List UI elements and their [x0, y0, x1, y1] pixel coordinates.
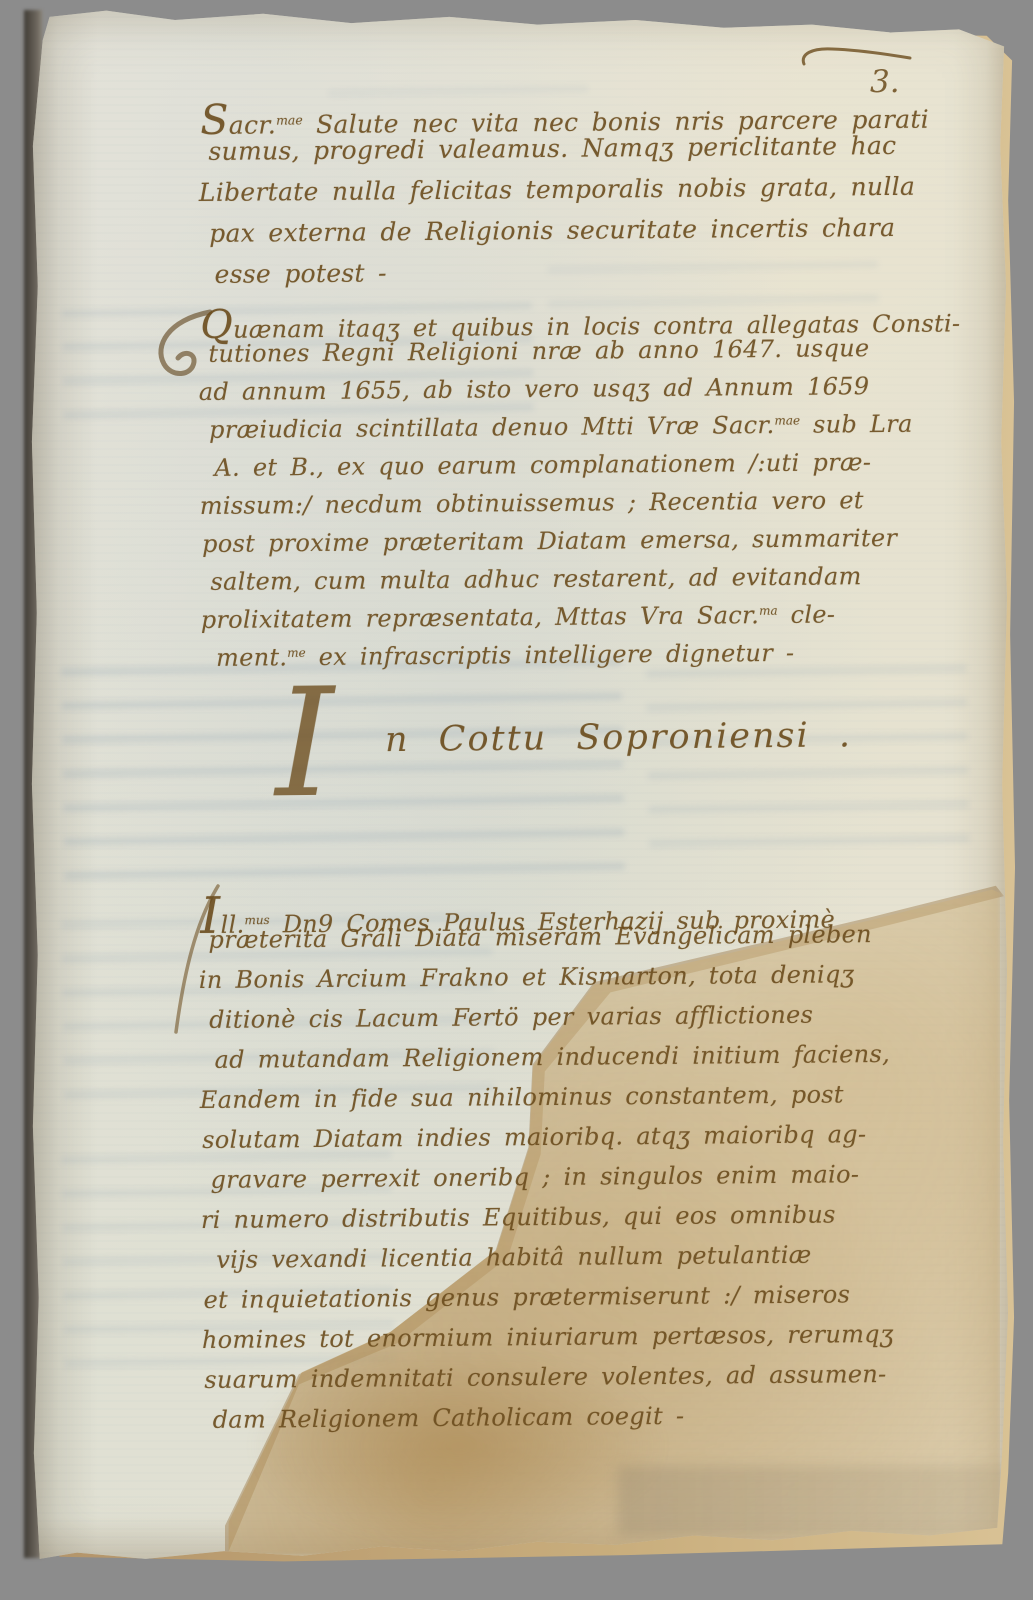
paragraph-1: Sacr.mae Salute nec vita nec bonis nris … — [200, 89, 982, 301]
manuscript-line: ditionè cis Lacum Fertö per varias affli… — [209, 999, 981, 1046]
heading-text: n Cottu Soproniensi . — [385, 715, 852, 760]
heading-initial: I — [274, 669, 337, 820]
water-stain-strip — [618, 1466, 1033, 1536]
manuscript-line: vijs vexandi licentia habitâ nullum petu… — [216, 1239, 983, 1286]
manuscript-page: 3. Sacr.mae Salute nec vita nec bonis nr… — [28, 6, 1008, 1562]
manuscript-line: suarum indemnitati consulere volentes, a… — [204, 1359, 984, 1406]
manuscript-line: A. et B., ex quo earum complanationem /:… — [214, 447, 981, 492]
manuscript-line: Ill.mus Dn9 Comes Paulus Esterhazij sub … — [200, 879, 980, 926]
manuscript-line: pax externa de Religionis securitate inc… — [209, 212, 981, 260]
manuscript-line: et inquietationis genus prætermiserunt :… — [203, 1279, 983, 1326]
paragraph-2: Quænam itaqʒ et quibus in locis contra a… — [200, 295, 983, 682]
manuscript-line: gravare perrexit oneribq ; in singulos e… — [210, 1159, 982, 1206]
paragraph-3: Ill.mus Dn9 Comes Paulus Esterhazij sub … — [200, 879, 985, 1446]
manuscript-line: ad mutandam Religionem inducendi initium… — [214, 1039, 981, 1086]
manuscript-line: solutam Diatam indies maioribq. atqʒ mai… — [202, 1119, 982, 1166]
manuscript-line: sumus, progredi valeamus. Namqʒ periclit… — [208, 130, 980, 178]
section-heading: In Cottu Soproniensi . — [333, 715, 852, 760]
manuscript-line: homines tot enormium iniuriarum pertæsos… — [202, 1319, 984, 1366]
manuscript-line: Eandem in fide sua nihilominus constante… — [200, 1079, 982, 1126]
scan-background: 3. Sacr.mae Salute nec vita nec bonis nr… — [0, 0, 1033, 1600]
manuscript-line: dam Religionem Catholicam coegit - — [213, 1399, 985, 1446]
manuscript-line: in Bonis Arcium Frakno et Kismarton, tot… — [199, 959, 981, 1006]
manuscript-line: ri numero distributis Equitibus, qui eos… — [201, 1199, 983, 1246]
manuscript-line: Sacr.mae Salute nec vita nec bonis nris … — [200, 89, 980, 137]
manuscript-line: Libertate nulla felicitas temporalis nob… — [199, 171, 981, 219]
page-number-flourish-icon — [798, 44, 918, 74]
manuscript-line: esse potest - — [214, 253, 981, 301]
manuscript-line: præterita Gráli Diata miseram Evangelica… — [208, 919, 980, 966]
showthrough-text — [646, 653, 970, 869]
